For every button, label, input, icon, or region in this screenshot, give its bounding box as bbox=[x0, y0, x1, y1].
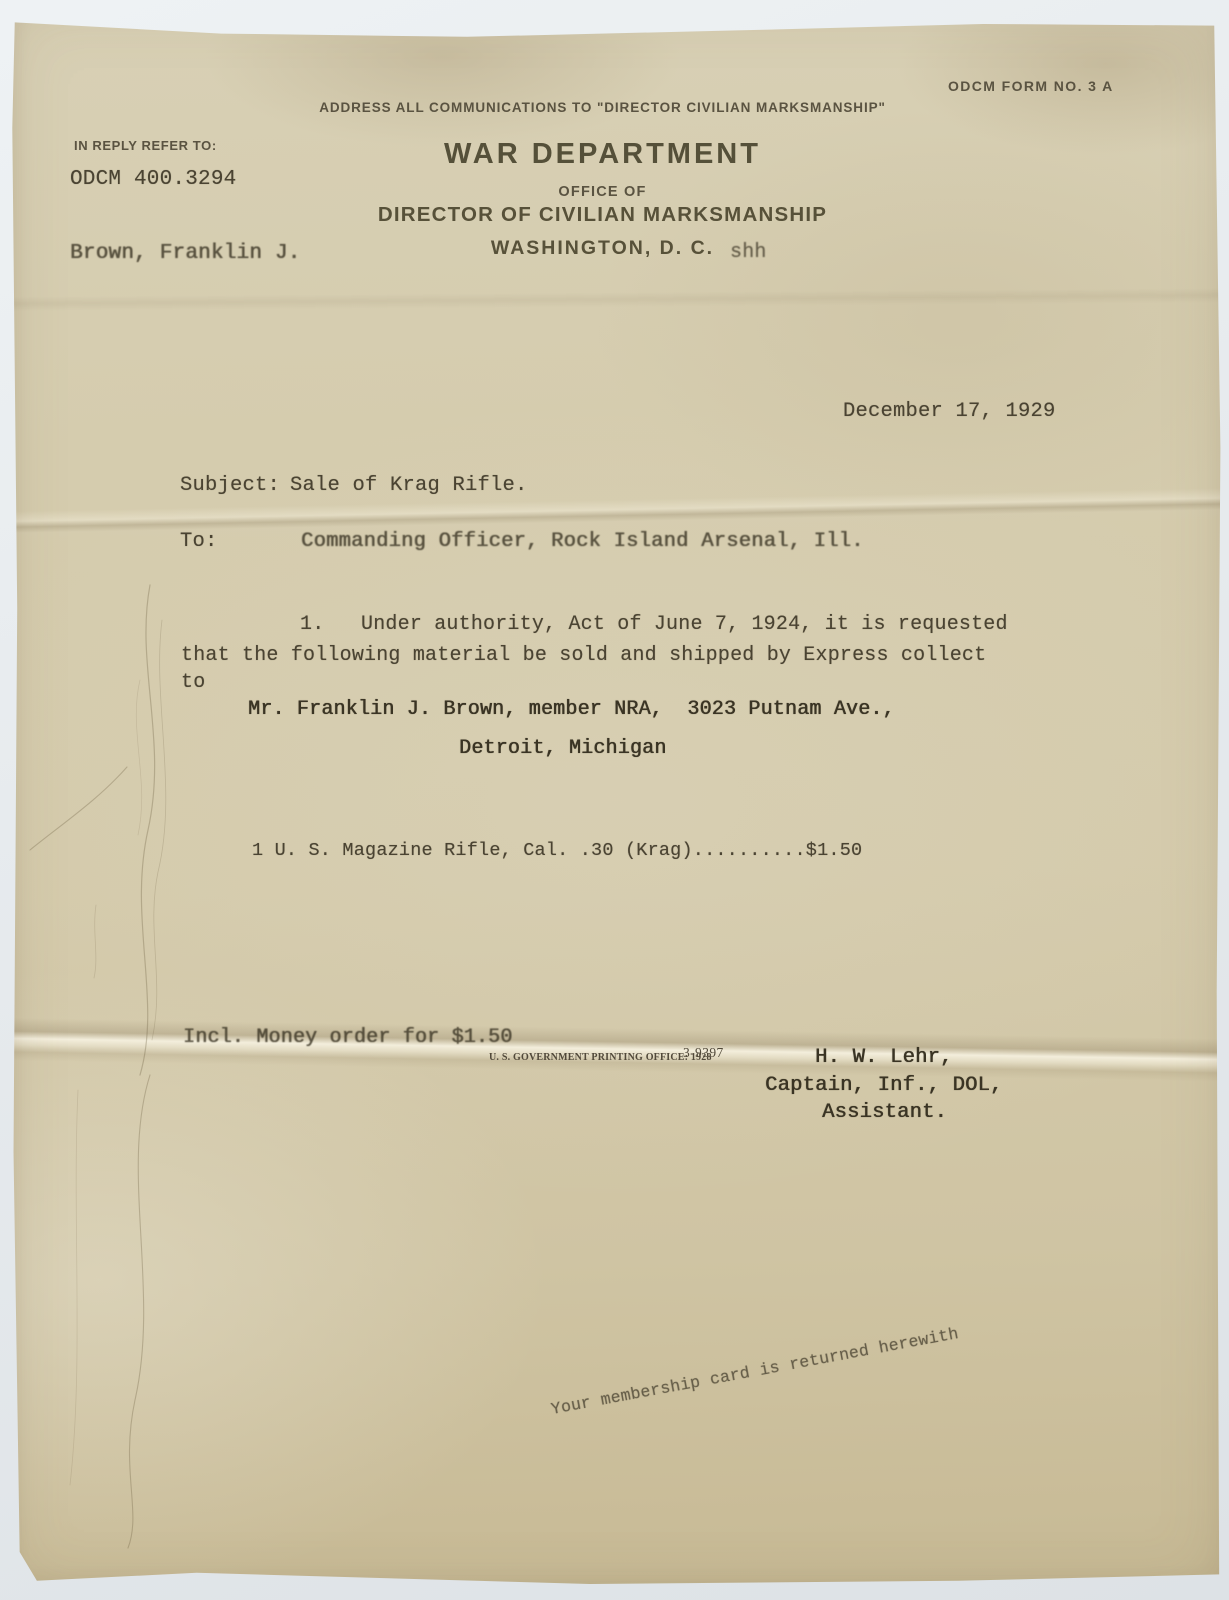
subject-label: Subject: bbox=[180, 474, 280, 497]
letterhead-city: WASHINGTON, D. C. bbox=[0, 237, 1217, 260]
signature-name: H. W. Lehr, bbox=[815, 1046, 953, 1069]
item-line: 1 U. S. Magazine Rifle, Cal. .30 (Krag).… bbox=[252, 840, 862, 861]
file-name: Brown, Franklin J. bbox=[70, 242, 300, 265]
enclosure-line: Incl. Money order for $1.50 bbox=[183, 1026, 512, 1049]
letter-date: December 17, 1929 bbox=[843, 400, 1056, 423]
paragraph-line-3: to bbox=[181, 671, 205, 694]
paragraph-line-2: that the following material be sold and … bbox=[181, 644, 986, 667]
ship-to-line-2: Detroit, Michigan bbox=[459, 737, 666, 760]
fold-crease-upper bbox=[0, 480, 1229, 547]
reply-refer-label: IN REPLY REFER TO: bbox=[74, 138, 217, 153]
form-number: ODCM FORM NO. 3 A bbox=[948, 78, 1114, 94]
typist-initials: shh bbox=[730, 241, 767, 264]
paragraph-line-1: 1. Under authority, Act of June 7, 1924,… bbox=[300, 613, 1008, 636]
letterhead-office-of: OFFICE OF bbox=[0, 184, 1217, 200]
ship-to-line-1: Mr. Franklin J. Brown, member NRA, 3023 … bbox=[248, 698, 895, 721]
letterhead-department: WAR DEPARTMENT bbox=[0, 138, 1217, 171]
subject-value: Sale of Krag Rifle. bbox=[290, 474, 528, 497]
photo-backdrop: ODCM FORM NO. 3 A ADDRESS ALL COMMUNICAT… bbox=[0, 0, 1229, 1600]
letterhead-office-name: DIRECTOR OF CIVILIAN MARKSMANSHIP bbox=[0, 203, 1217, 227]
fold-crease-faint bbox=[0, 284, 1229, 315]
printing-form-code: 3-9397 bbox=[683, 1045, 724, 1061]
signature-role: Assistant. bbox=[822, 1101, 947, 1124]
printing-office-imprint: U. S. GOVERNMENT PRINTING OFFICE: 1928 bbox=[489, 1052, 712, 1063]
signature-title: Captain, Inf., DOL, bbox=[765, 1074, 1003, 1097]
to-value: Commanding Officer, Rock Island Arsenal,… bbox=[301, 530, 864, 553]
to-label: To: bbox=[180, 530, 218, 553]
address-instruction: ADDRESS ALL COMMUNICATIONS TO "DIRECTOR … bbox=[0, 100, 1217, 115]
paper-scratch-lines bbox=[0, 0, 1229, 1600]
letter-paper: ODCM FORM NO. 3 A ADDRESS ALL COMMUNICAT… bbox=[0, 0, 1229, 1600]
fold-crease-lower bbox=[0, 1011, 1229, 1085]
reply-refer-number: ODCM 400.3294 bbox=[70, 168, 236, 191]
membership-stamp-note: Your membership card is returned herewit… bbox=[550, 1324, 961, 1419]
